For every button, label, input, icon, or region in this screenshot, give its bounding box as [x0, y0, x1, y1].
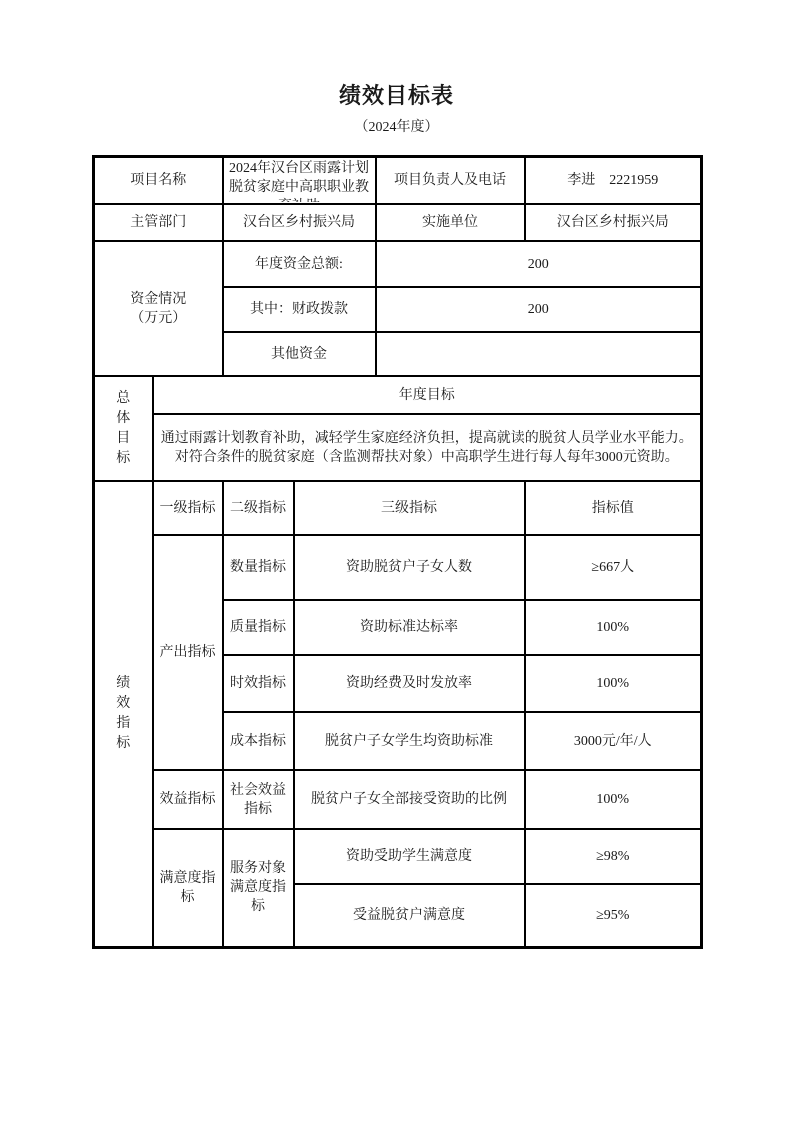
level2-cell: 社会效益指标 — [223, 770, 294, 829]
level2-cell: 成本指标 — [223, 712, 294, 770]
impl-label-cell: 实施单位 — [376, 204, 525, 241]
level2-cell: 质量指标 — [223, 600, 294, 655]
level2-cell: 时效指标 — [223, 655, 294, 712]
funding-section-label-cell: 资金情况 （万元） — [94, 241, 223, 376]
level3-cell: 资助脱贫户子女人数 — [294, 535, 525, 600]
performance-target-table: 项目名称 2024年汉台区雨露计划脱贫家庭中高职职业教育补助 项目负责人及电话 … — [92, 155, 703, 949]
header-level1-cell: 一级指标 — [153, 481, 223, 535]
table-row: 资金情况 （万元） 年度资金总额: 200 — [94, 241, 702, 287]
level3-cell: 资助经费及时发放率 — [294, 655, 525, 712]
indicator-value-cell: 100% — [525, 770, 702, 829]
table-row: 总体目标 年度目标 — [94, 376, 702, 414]
header-level3-cell: 三级指标 — [294, 481, 525, 535]
header-level2-cell: 二级指标 — [223, 481, 294, 535]
project-name-value-cell: 2024年汉台区雨露计划脱贫家庭中高职职业教育补助 — [223, 157, 376, 205]
annual-goal-header-cell: 年度目标 — [153, 376, 702, 414]
manager-label-cell: 项目负责人及电话 — [376, 157, 525, 205]
funding-total-label-cell: 年度资金总额: — [223, 241, 376, 287]
annual-goal-content-cell: 通过雨露计划教育补助，减轻学生家庭经济负担，提高就读的脱贫人员学业水平能力。对符… — [153, 414, 702, 481]
dept-label-cell: 主管部门 — [94, 204, 223, 241]
level1-benefit-cell: 效益指标 — [153, 770, 223, 829]
indicator-value-cell: 3000元/年/人 — [525, 712, 702, 770]
indicators-vertical-label: 绩效指标 — [116, 674, 131, 754]
project-name-text: 2024年汉台区雨露计划脱贫家庭中高职职业教育补助 — [228, 159, 371, 202]
level1-satisfaction-cell: 满意度指标 — [153, 829, 223, 947]
funding-other-value-cell — [376, 332, 702, 376]
level3-cell: 受益脱贫户满意度 — [294, 884, 525, 947]
table-row: 产出指标 数量指标 资助脱贫户子女人数 ≥667人 — [94, 535, 702, 600]
page-subtitle: （2024年度） — [0, 120, 793, 136]
overall-goal-vertical-label: 总体目标 — [116, 389, 131, 469]
indicator-value-cell: 100% — [525, 655, 702, 712]
indicator-value-cell: ≥98% — [525, 829, 702, 884]
indicators-section-label-cell: 绩效指标 — [94, 481, 153, 947]
funding-other-label-cell: 其他资金 — [223, 332, 376, 376]
overall-goal-section-label-cell: 总体目标 — [94, 376, 153, 481]
header-value-cell: 指标值 — [525, 481, 702, 535]
impl-value-cell: 汉台区乡村振兴局 — [525, 204, 702, 241]
project-name-label-cell: 项目名称 — [94, 157, 223, 205]
indicator-value-cell: 100% — [525, 600, 702, 655]
table-row: 主管部门 汉台区乡村振兴局 实施单位 汉台区乡村振兴局 — [94, 204, 702, 241]
level3-cell: 资助标准达标率 — [294, 600, 525, 655]
level1-output-cell: 产出指标 — [153, 535, 223, 770]
level2-cell: 数量指标 — [223, 535, 294, 600]
table-row: 效益指标 社会效益指标 脱贫户子女全部接受资助的比例 100% — [94, 770, 702, 829]
table-row: 通过雨露计划教育补助，减轻学生家庭经济负担，提高就读的脱贫人员学业水平能力。对符… — [94, 414, 702, 481]
table-row: 满意度指标 服务对象满意度指标 资助受助学生满意度 ≥98% — [94, 829, 702, 884]
table-row: 项目名称 2024年汉台区雨露计划脱贫家庭中高职职业教育补助 项目负责人及电话 … — [94, 157, 702, 205]
level3-cell: 脱贫户子女学生均资助标准 — [294, 712, 525, 770]
funding-total-value-cell: 200 — [376, 241, 702, 287]
table-row: 绩效指标 一级指标 二级指标 三级指标 指标值 — [94, 481, 702, 535]
indicator-value-cell: ≥667人 — [525, 535, 702, 600]
level2-cell: 服务对象满意度指标 — [223, 829, 294, 947]
indicator-value-cell: ≥95% — [525, 884, 702, 947]
funding-fiscal-value-cell: 200 — [376, 287, 702, 332]
level3-cell: 脱贫户子女全部接受资助的比例 — [294, 770, 525, 829]
page-title: 绩效目标表 — [0, 0, 793, 108]
document-page: 绩效目标表 （2024年度） 项目名称 2024年汉台区雨露计划脱贫家庭中高职职… — [0, 0, 793, 1122]
level3-cell: 资助受助学生满意度 — [294, 829, 525, 884]
funding-fiscal-label-cell: 其中：财政拨款 — [223, 287, 376, 332]
dept-value-cell: 汉台区乡村振兴局 — [223, 204, 376, 241]
manager-value-cell: 李进 2221959 — [525, 157, 702, 205]
